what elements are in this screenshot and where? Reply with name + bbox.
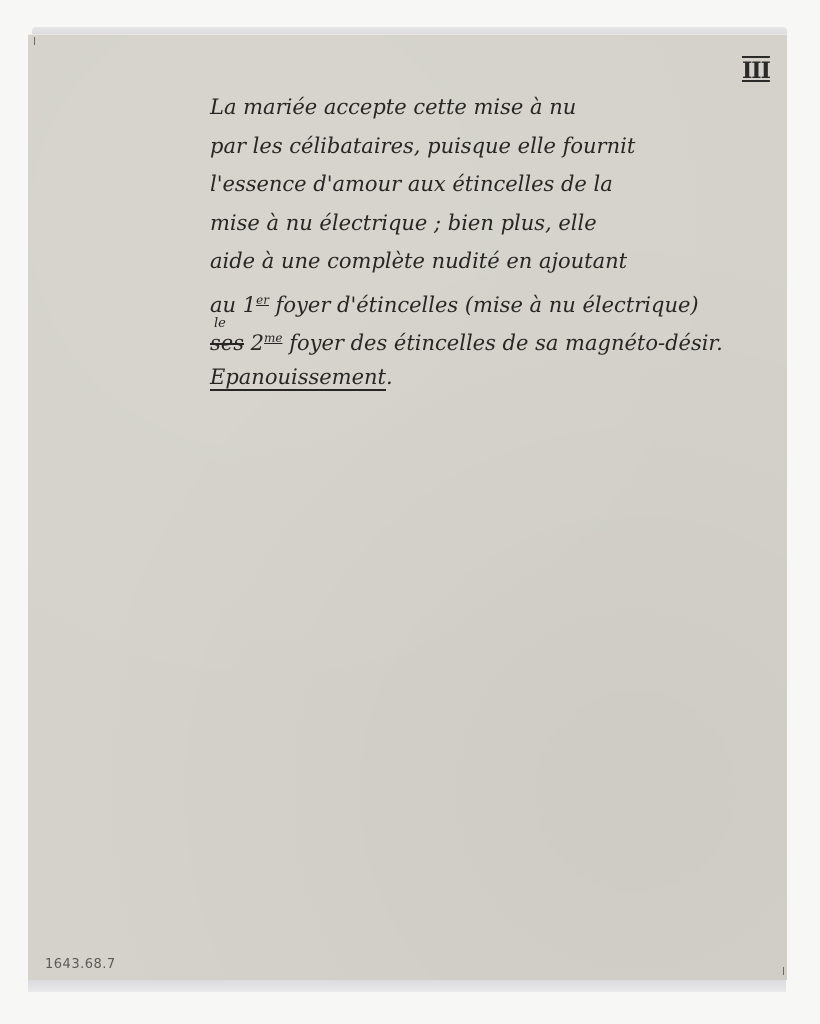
accession-number: 1643.68.7 (45, 957, 116, 972)
text-fragment: foyer des étincelles de sa magnéto-désir… (283, 331, 723, 355)
text-fragment: 2 (244, 331, 264, 355)
page-stage: III La mariée accepte cette mise à nu pa… (0, 0, 820, 1024)
handwritten-text: La mariée accepte cette mise à nu par le… (210, 88, 780, 396)
text-line: sesle 2me foyer des étincelles de sa mag… (210, 319, 780, 358)
inserted-correction: le (214, 317, 226, 330)
ordinal-superscript: er (256, 293, 269, 307)
text-line: La mariée accepte cette mise à nu (210, 88, 780, 127)
text-line: mise à nu électrique ; bien plus, elle (210, 204, 780, 243)
text-line: Epanouissement. (210, 358, 780, 397)
text-line: l'essence d'amour aux étincelles de la (210, 165, 780, 204)
struck-word: sesle (210, 331, 244, 355)
text-line: aide à une complète nudité en ajoutant (210, 242, 780, 281)
ordinal-superscript: me (264, 331, 282, 345)
text-fragment: . (386, 365, 393, 389)
text-fragment: au 1 (210, 293, 256, 317)
paper-shadow-bottom (28, 978, 786, 992)
struck-text: ses (210, 331, 244, 355)
edge-mark (34, 37, 35, 45)
underlined-heading: Epanouissement (210, 365, 386, 389)
page-number: III (742, 60, 770, 82)
edge-mark (783, 967, 784, 975)
text-line: par les célibataires, puisque elle fourn… (210, 127, 780, 166)
text-line: au 1er foyer d'étincelles (mise à nu éle… (210, 281, 780, 320)
text-fragment: foyer d'étincelles (mise à nu électrique… (269, 293, 699, 317)
